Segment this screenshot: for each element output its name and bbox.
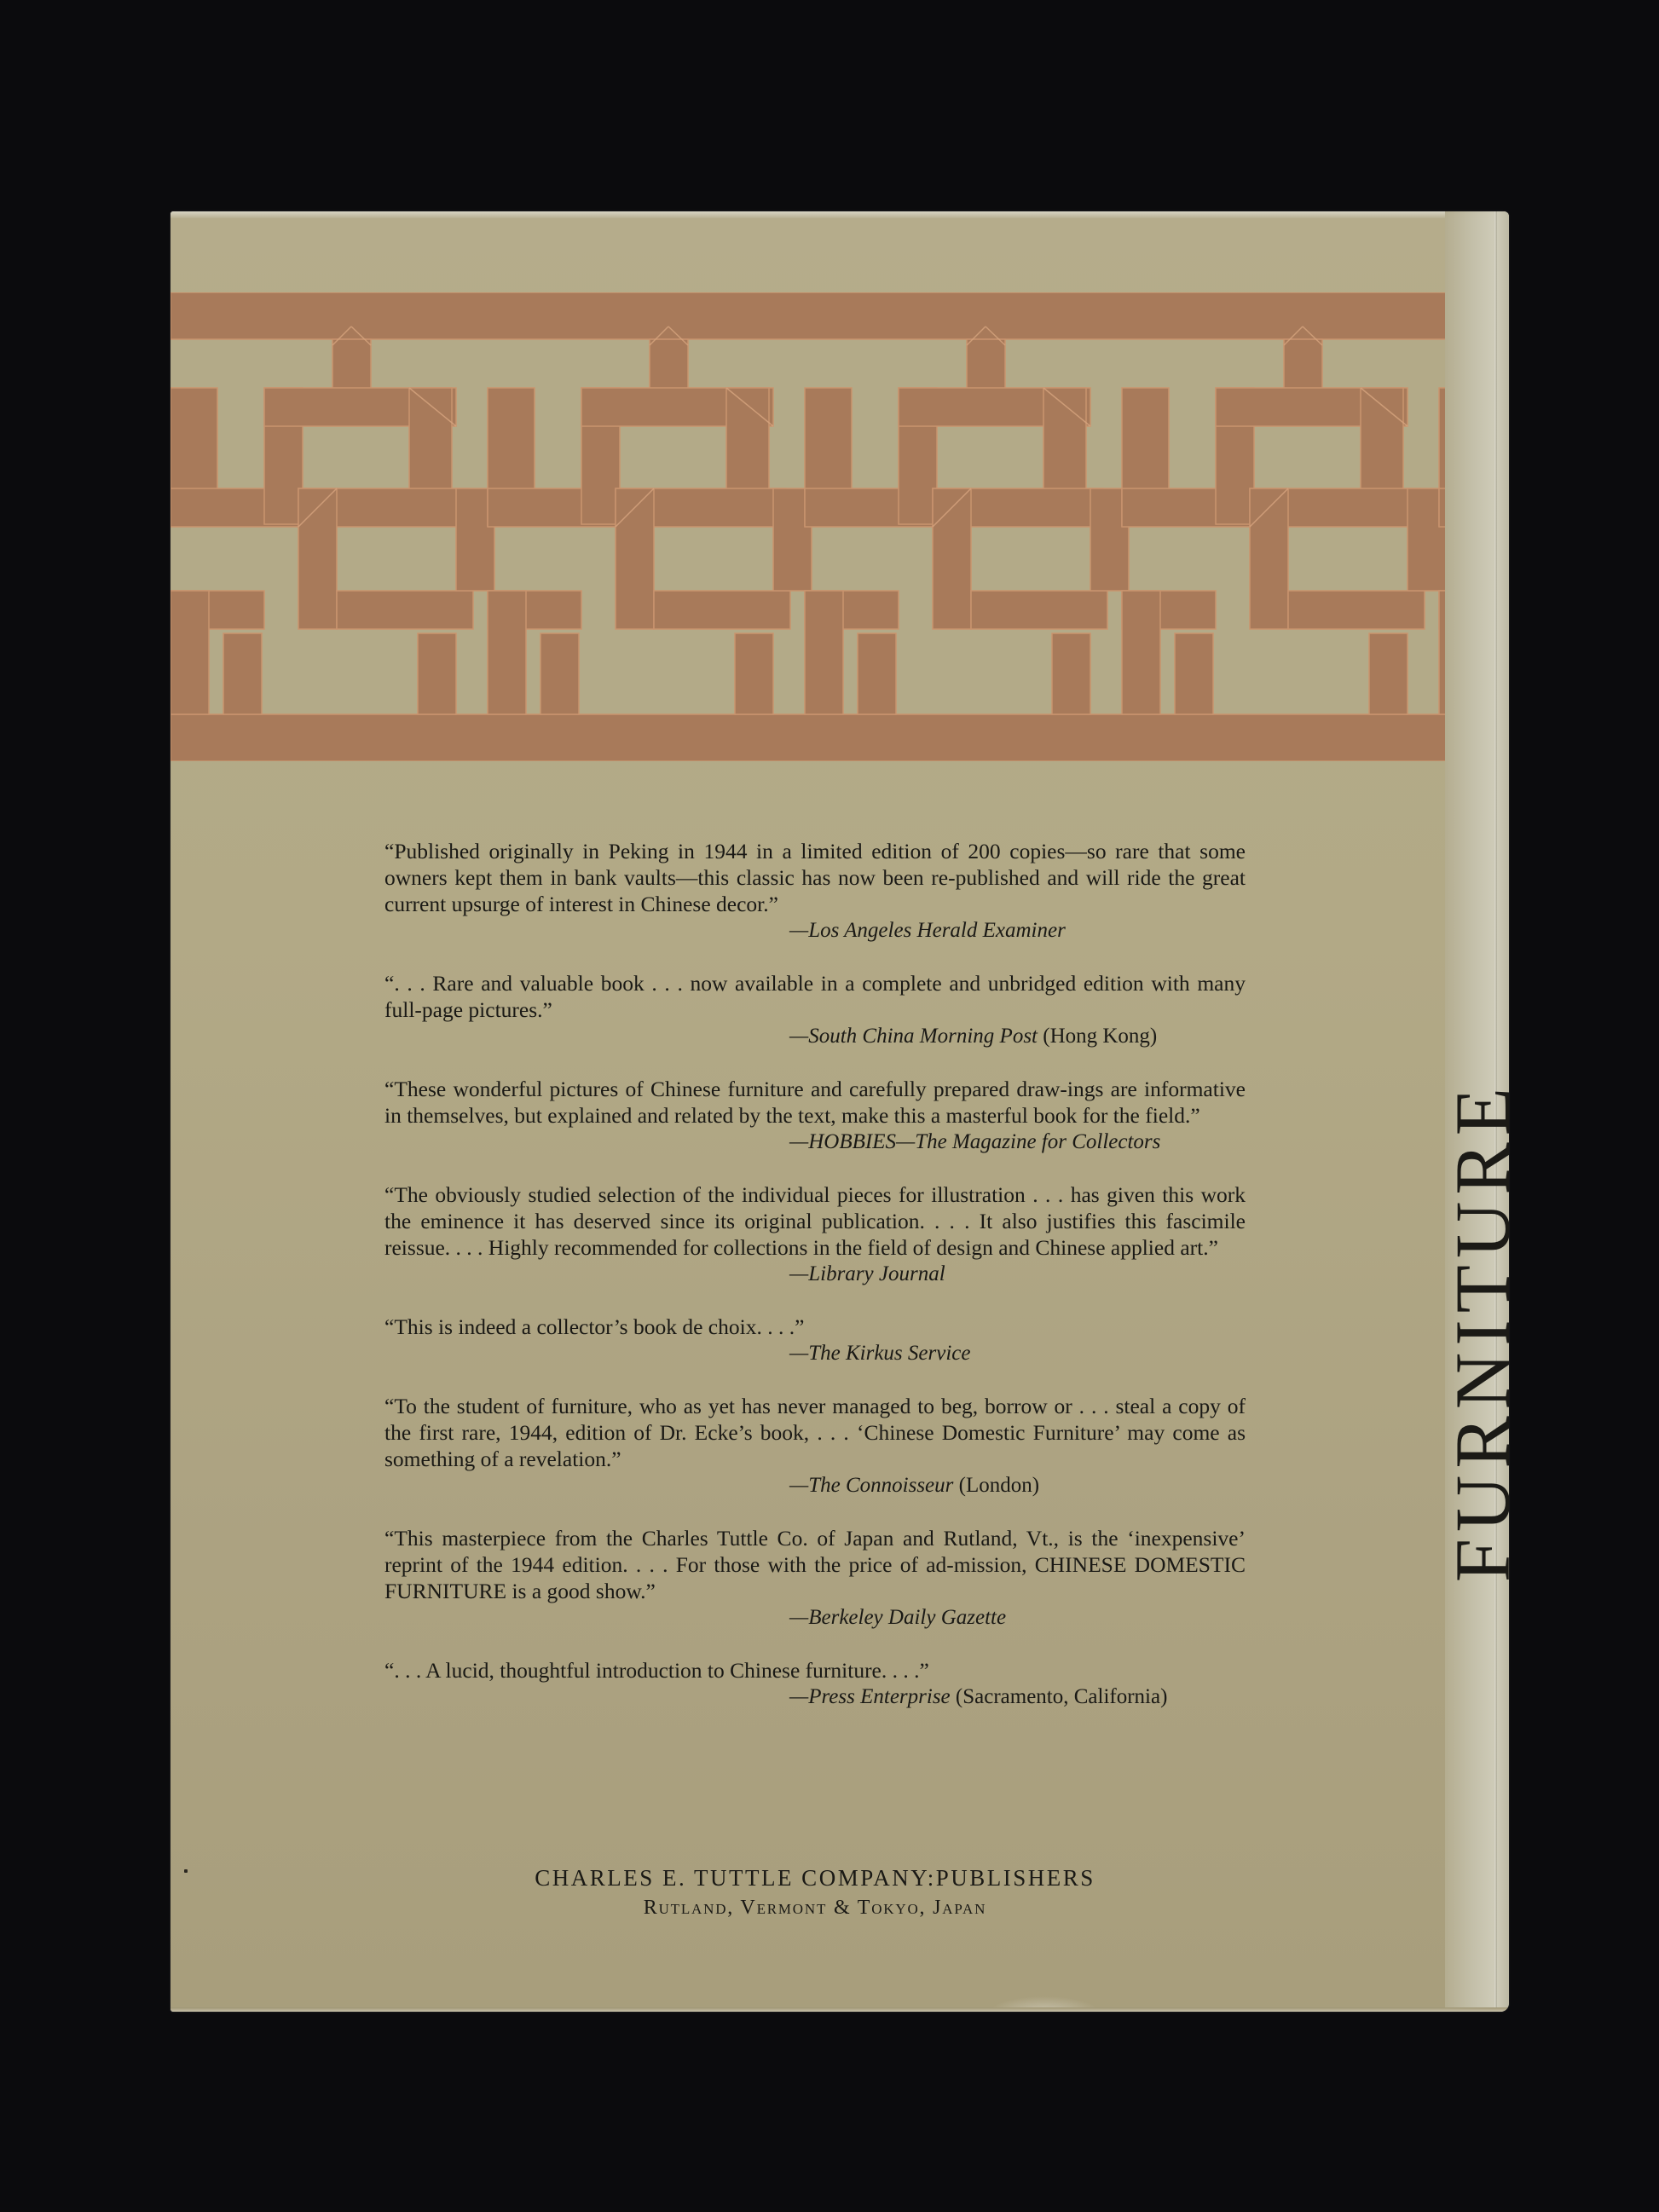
quote-source: —Los Angeles Herald Examiner [789, 919, 1066, 942]
quote-attribution: —The Connoisseur (London) [384, 1472, 1246, 1499]
book-spine: FURNITURE [1445, 211, 1509, 2012]
review-quote: “. . . Rare and valuable book . . . now … [384, 970, 1246, 1049]
quote-source: —HOBBIES—The Magazine for Collectors [789, 1130, 1160, 1153]
quote-text: “The obviously studied selection of the … [384, 1181, 1246, 1261]
quote-source: —Berkeley Daily Gazette [789, 1606, 1006, 1629]
review-quote: “This masterpiece from the Charles Tuttl… [384, 1525, 1246, 1631]
jacket-bottom-edge [171, 2007, 1509, 2012]
quote-attribution: —Press Enterprise (Sacramento, Californi… [384, 1684, 1246, 1710]
quote-attribution: —Los Angeles Herald Examiner [384, 917, 1246, 944]
quote-attribution: —The Kirkus Service [384, 1340, 1246, 1366]
review-quote: “This is indeed a collector’s book de ch… [384, 1314, 1246, 1366]
quote-source: —Press Enterprise [789, 1685, 951, 1708]
lattice-pattern-band [171, 292, 1496, 761]
quote-attribution: —Berkeley Daily Gazette [384, 1604, 1246, 1631]
quote-attribution: —HOBBIES—The Magazine for Collectors [384, 1129, 1246, 1155]
quote-text: “This is indeed a collector’s book de ch… [384, 1314, 1246, 1340]
quote-source-suffix: (Sacramento, California) [951, 1685, 1168, 1708]
quote-text: “. . . Rare and valuable book . . . now … [384, 970, 1246, 1023]
review-quote: “Published originally in Peking in 1944 … [384, 838, 1246, 944]
quote-text: “This masterpiece from the Charles Tuttl… [384, 1525, 1246, 1604]
review-quote: “To the student of furniture, who as yet… [384, 1393, 1246, 1499]
review-quote: “. . . A lucid, thoughtful introduction … [384, 1657, 1246, 1710]
quote-source: —The Connoisseur [789, 1474, 953, 1497]
spine-title: FURNITURE [1437, 1081, 1509, 1582]
quote-source: —The Kirkus Service [789, 1342, 970, 1365]
quote-source-suffix: (London) [953, 1474, 1039, 1497]
publisher-name: CHARLES E. TUTTLE COMPANY:PUBLISHERS [171, 1865, 1509, 1891]
quote-source-suffix: (Hong Kong) [1038, 1025, 1157, 1048]
quote-text: “These wonderful pictures of Chinese fur… [384, 1076, 1246, 1129]
publisher-location: Rutland, Vermont & Tokyo, Japan [171, 1897, 1509, 1920]
quote-attribution: —South China Morning Post (Hong Kong) [384, 1023, 1246, 1049]
quote-source: —South China Morning Post [789, 1025, 1038, 1048]
quote-attribution: —Library Journal [384, 1261, 1246, 1287]
review-quote: “The obviously studied selection of the … [384, 1181, 1246, 1287]
quote-text: “. . . A lucid, thoughtful introduction … [384, 1657, 1246, 1684]
review-quotes: “Published originally in Peking in 1944 … [384, 838, 1246, 1736]
quote-source: —Library Journal [789, 1262, 945, 1285]
quote-text: “Published originally in Peking in 1944 … [384, 838, 1246, 917]
book-back-cover: FURNITURE “Published originally in Pekin… [171, 211, 1509, 2012]
chinese-lattice-pattern-icon [171, 292, 1496, 761]
jacket-top-edge [171, 211, 1509, 218]
publisher-imprint: CHARLES E. TUTTLE COMPANY:PUBLISHERS Rut… [171, 1865, 1509, 1920]
quote-text: “To the student of furniture, who as yet… [384, 1393, 1246, 1472]
jacket-blemish [184, 1869, 188, 1873]
review-quote: “These wonderful pictures of Chinese fur… [384, 1076, 1246, 1155]
